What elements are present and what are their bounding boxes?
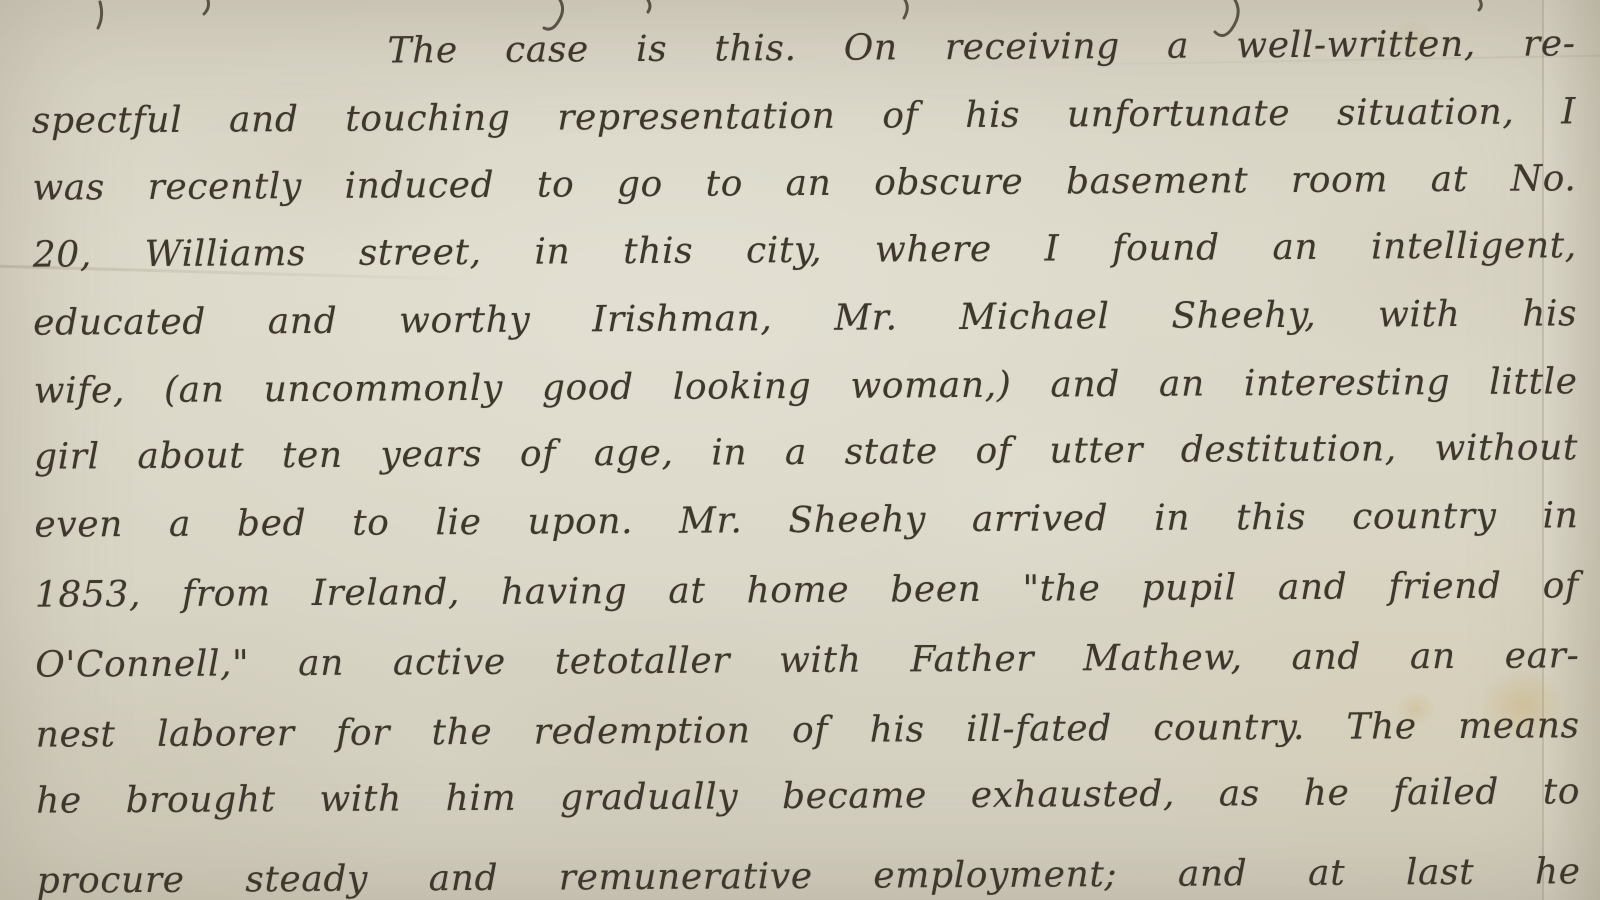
letter-line: 20, Williams street, in this city, where… (33, 225, 1577, 275)
letter-line: O'Connell," an active tetotaller with Fa… (35, 635, 1579, 685)
letter-line: spectful and touching representation of … (32, 91, 1576, 141)
letter-line: even a bed to lie upon. Mr. Sheehy arriv… (34, 495, 1578, 545)
letter-page: The case is this. On receiving a well-wr… (0, 0, 1600, 900)
letter-line: educated and worthy Irishman, Mr. Michae… (33, 293, 1577, 343)
letter-line: 1853, from Ireland, having at home been … (35, 565, 1579, 615)
letter-line: he brought with him gradually became exh… (36, 771, 1580, 821)
letter-line-cutoff: procure steady and remunerative employme… (36, 851, 1580, 900)
letter-line: The case is this. On receiving a well-wr… (387, 23, 1575, 71)
letter-line: nest laborer for the redemption of his i… (36, 705, 1580, 755)
letter-line: wife, (an uncommonly good looking woman,… (34, 361, 1578, 411)
letter-body: The case is this. On receiving a well-wr… (0, 0, 1600, 900)
letter-line: girl about ten years of age, in a state … (34, 427, 1578, 477)
letter-line: was recently induced to go to an obscure… (32, 158, 1576, 208)
